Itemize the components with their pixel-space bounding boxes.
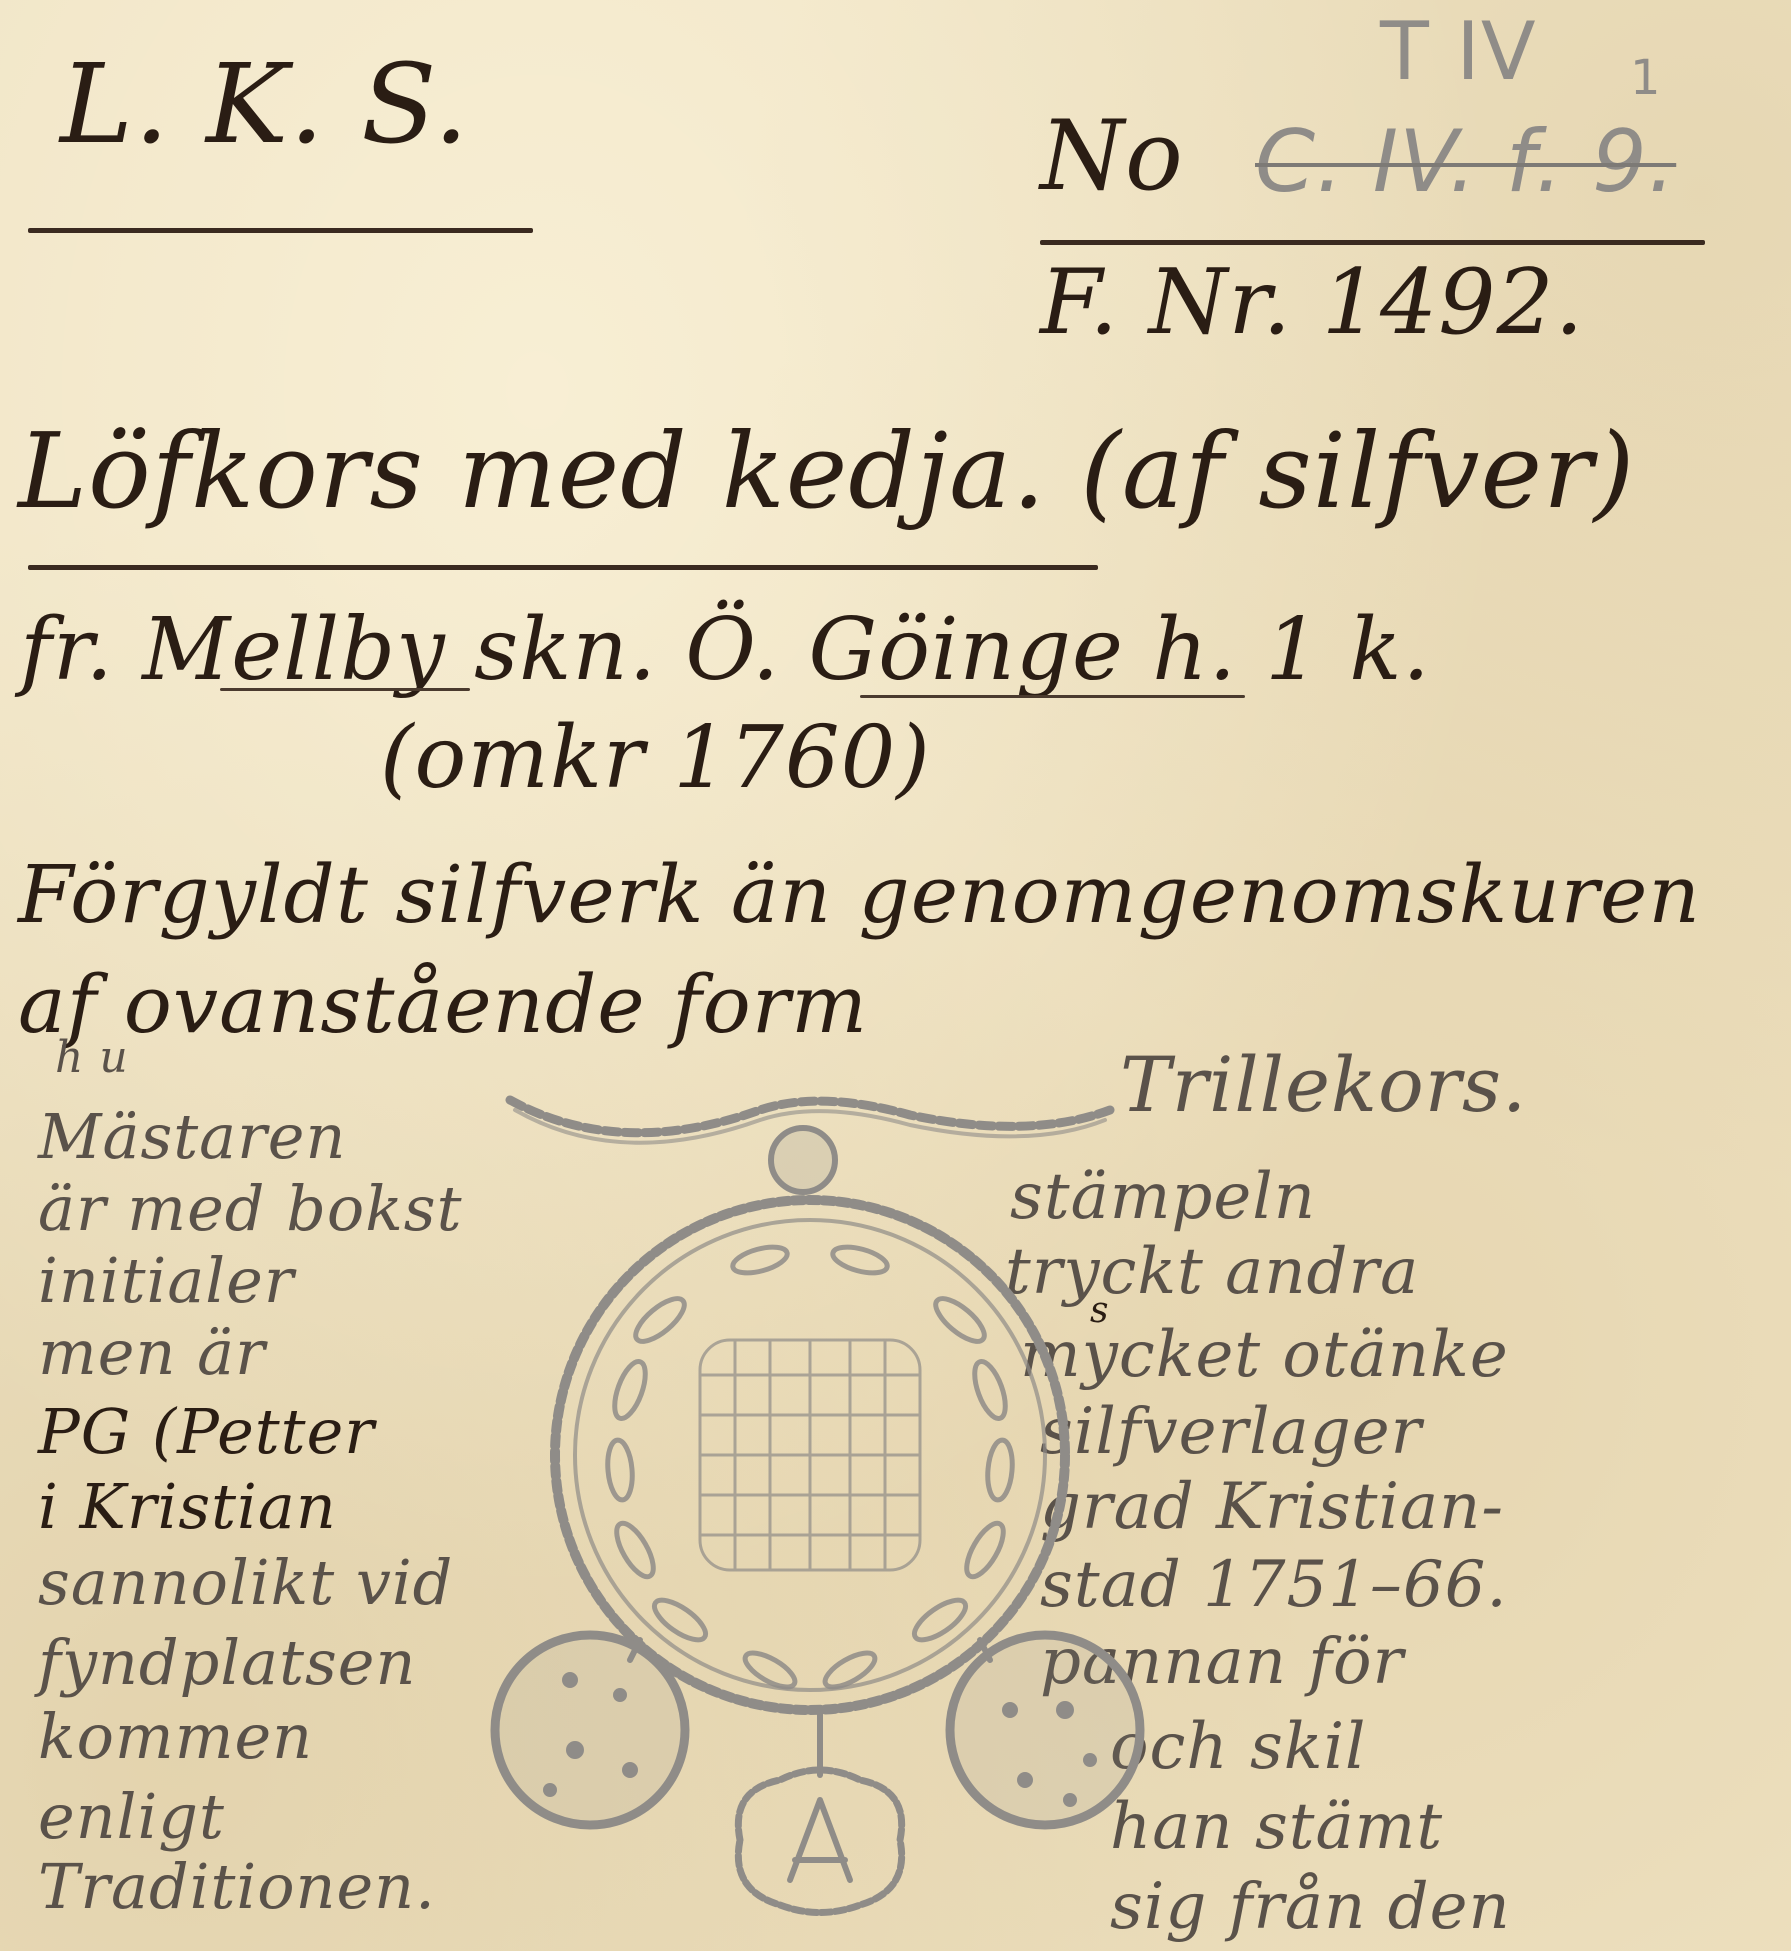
left-note-line: sannolikt vid — [38, 1546, 453, 1619]
left-note-line: enligt — [38, 1780, 225, 1853]
left-note-line: initialer — [38, 1244, 294, 1317]
left-note-line: PG (Petter — [38, 1395, 375, 1468]
left-note-line: fyndplatsen — [38, 1626, 416, 1699]
catalogue-card: L. K. S. T IV 1 No C. IV. f. 9. F. Nr. 1… — [0, 0, 1791, 1951]
old-number-struck: C. IV. f. 9. — [1255, 112, 1676, 212]
origin-underline-parish — [220, 688, 470, 691]
left-note-line: är med bokst — [38, 1172, 463, 1245]
left-note-line: i Kristian — [38, 1470, 337, 1543]
pencil-tick: 1 — [1630, 50, 1662, 106]
pencil-number: T IV — [1380, 5, 1537, 98]
inventory-number: F. Nr. 1492. — [1040, 250, 1584, 355]
title-underline — [28, 565, 1098, 570]
origin-underline-district — [860, 695, 1245, 698]
collection-mark: L. K. S. — [60, 40, 470, 168]
object-origin: fr. Mellby skn. Ö. Göinge h. 1 k. — [20, 600, 1431, 700]
description-line-3: Trillekors. — [1120, 1040, 1527, 1129]
left-note-line: Traditionen. — [38, 1850, 436, 1923]
pendant-sketch — [490, 1070, 1170, 1950]
left-note-line: Mästaren — [38, 1100, 346, 1173]
left-note-small: h u — [55, 1032, 129, 1083]
description-line-2: af ovanstående form — [18, 958, 868, 1051]
description-line-1: Förgyldt silfverk än genomgenomskuren — [18, 848, 1701, 941]
left-note-line: kommen — [38, 1700, 313, 1773]
number-label: No — [1040, 100, 1184, 212]
object-date: (omkr 1760) — [380, 708, 931, 808]
right-note-line: sig från den — [1110, 1870, 1511, 1944]
header-right-rule — [1040, 240, 1705, 245]
object-title: Löfkors med kedja. (af silfver) — [18, 410, 1635, 532]
header-left-rule — [28, 228, 533, 233]
left-note-line: men är — [38, 1316, 266, 1389]
